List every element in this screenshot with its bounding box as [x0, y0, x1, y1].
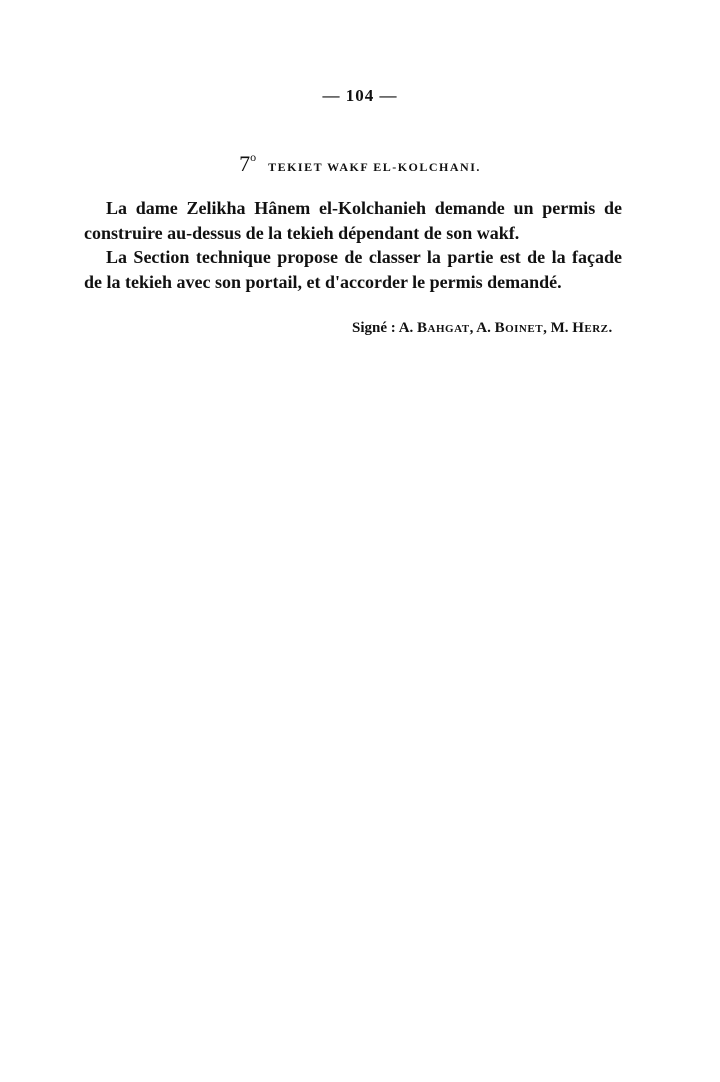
paragraph-proposal: La Section technique propose de classer … — [84, 245, 622, 294]
section-heading: 7oTEKIET WAKF EL-KOLCHANI. — [0, 151, 720, 177]
page-number: — 104 — — [0, 86, 720, 106]
body-text: La dame Zelikha Hânem el-Kolchanieh dema… — [84, 196, 622, 294]
section-number: 7o — [239, 151, 256, 176]
signature-line: Signé : A. Bahgat, A. Boinet, M. Herz. — [352, 320, 612, 337]
signatory: A. Bahgat, — [399, 320, 477, 336]
signatory: A. Boinet, — [476, 320, 550, 336]
section-title: TEKIET WAKF EL-KOLCHANI. — [268, 160, 481, 174]
paragraph-request: La dame Zelikha Hânem el-Kolchanieh dema… — [84, 196, 622, 245]
signature-prefix: Signé : — [352, 320, 399, 336]
signatory: M. Herz. — [551, 320, 613, 336]
